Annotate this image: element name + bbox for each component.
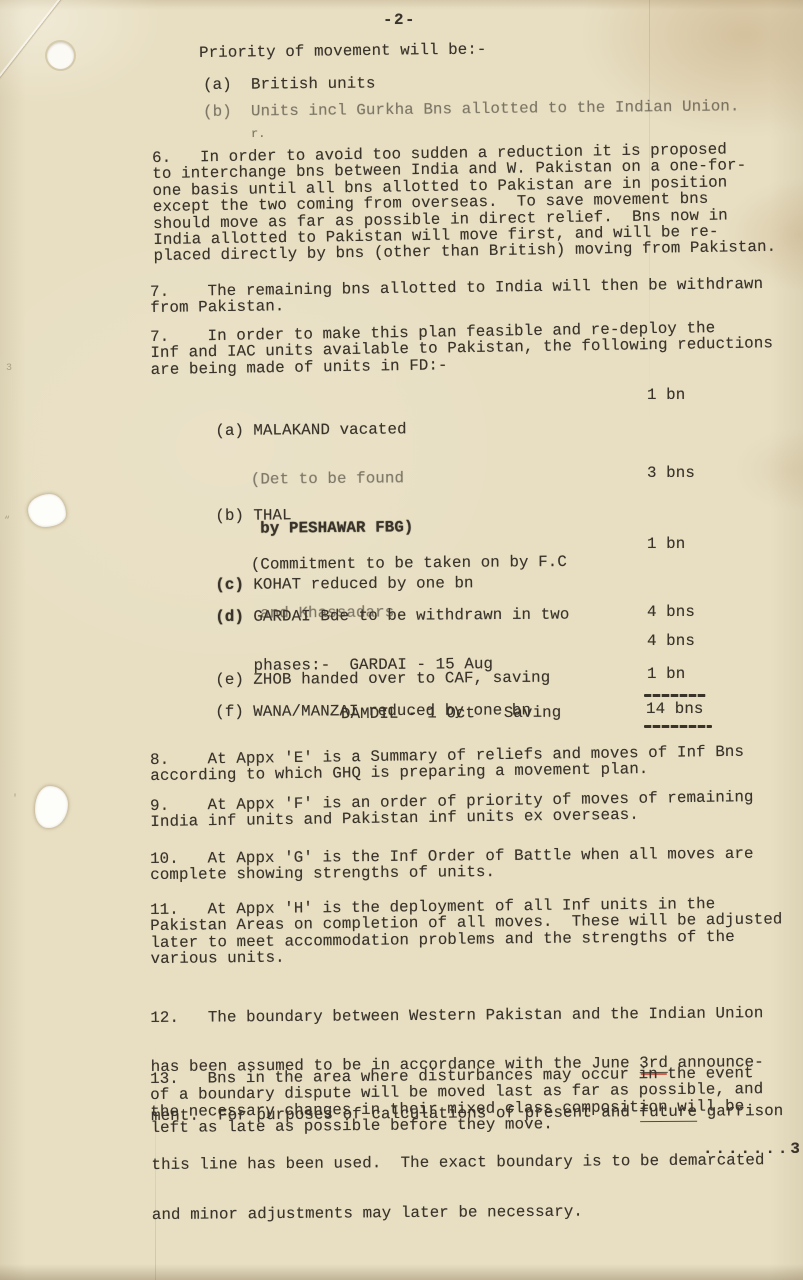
paragraph-9: 9. At Appx 'F' is an order of priority o… [150, 789, 754, 831]
paragraph-8: 8. At Appx 'E' is a Summary of reliefs a… [150, 744, 744, 785]
reduction-amount-a: 1 bn [647, 387, 685, 403]
list-marker-d: (d) [215, 609, 253, 626]
punch-hole [47, 42, 74, 69]
reduction-f-line1: WANA/MANZAI reduced by one bn [253, 701, 531, 720]
page-number: -2- [383, 12, 416, 28]
total-rule-top [644, 694, 706, 697]
list-marker-b: (b) [215, 507, 253, 524]
list-marker-a: (a) [215, 422, 253, 439]
reduction-item-f: (f)WANA/MANZAI reduced by one bn [215, 669, 531, 753]
reduction-d-line1: GARDAI Bde to be withdrawn in two [253, 605, 569, 625]
reduction-amount-e: 4 bns [647, 633, 695, 649]
paragraph-6: 6. In order to avoid too sudden a reduct… [152, 141, 776, 265]
reduction-amount-c: 1 bn [647, 536, 685, 552]
torn-hole-lower [35, 786, 68, 828]
pencil-mark-left-1: 3 [6, 363, 12, 374]
reduction-b-line1: THAL [253, 506, 291, 524]
paragraph-11: 11. At Appx 'H' is the deployment of all… [150, 895, 783, 967]
paragraph-12-line1: 12. The boundary between Western Pakista… [150, 1005, 782, 1026]
reduction-amount-d: 4 bns [647, 604, 695, 620]
pencil-mark-left-3: ′ [12, 794, 18, 805]
list-marker-f: (f) [215, 704, 253, 721]
paragraph-12-line4: this line has been used. The exact bound… [151, 1152, 783, 1173]
pencil-mark-left-2: “ [4, 516, 10, 527]
heading-item-a: (a) British units [203, 75, 376, 93]
document-page: 3 “ ′ -2- Priority of movement will be:-… [0, 0, 803, 1280]
heading-item-b: (b) Units incl Gurkha Bns allotted to th… [203, 98, 740, 120]
reduction-amount-b: 3 bns [647, 465, 695, 481]
paragraph-7-second: 7. In order to make this plan feasible a… [150, 319, 773, 378]
paragraph-7-first: 7. The remaining bns allotted to India w… [150, 276, 763, 317]
stray-typewriter-mark: r. [251, 126, 266, 142]
torn-hole-middle [28, 494, 66, 527]
heading-priority: Priority of movement will be:- [199, 41, 487, 61]
total-value: 14 bns [646, 701, 703, 717]
reduction-a-line1: MALAKAND vacated [253, 420, 406, 439]
paragraph-10: 10. At Appx 'G' is the Inf Order of Batt… [150, 846, 754, 884]
paragraph-13: 13. Bns in the area where disturbances m… [150, 1065, 764, 1137]
total-rule-bottom [644, 725, 712, 728]
paragraph-12-line5: and minor adjustments may later be neces… [152, 1202, 784, 1223]
continuation-mark: .......3 [703, 1141, 803, 1157]
reduction-amount-f: 1 bn [647, 666, 685, 682]
